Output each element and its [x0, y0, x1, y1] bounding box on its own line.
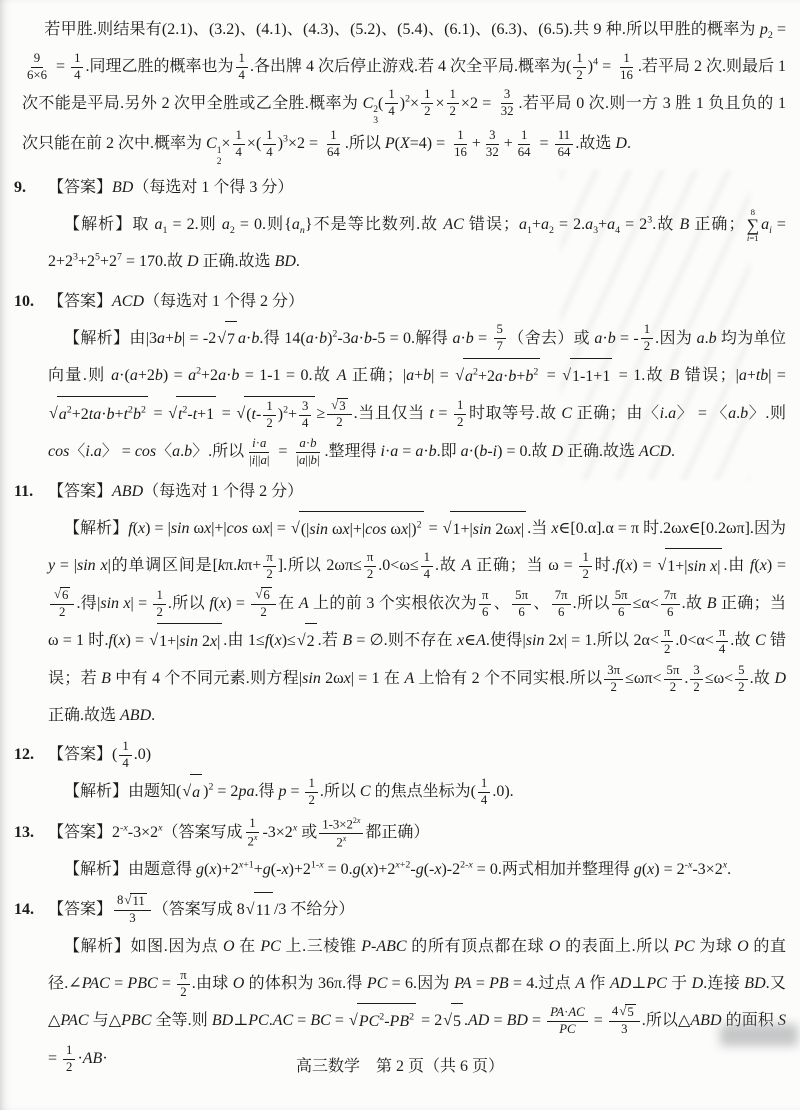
page-footer: 高三数学 第 2 页（共 6 页）: [0, 1053, 800, 1076]
item-number: 13.: [14, 815, 48, 889]
analysis-paragraph: 【解析】由|3a+b| = -2√7a·b.得 14(a·b)2-3a·b-5 …: [48, 321, 786, 471]
item-number: 14.: [14, 892, 48, 1078]
answer-item-12: 12. 【答案】(14.0) 【解析】由题知(√a)2 = 2pa.得 p = …: [14, 737, 786, 812]
item-number: 9.: [14, 170, 48, 280]
answer-item-13: 13. 【答案】2-x-3×2x（答案写成12x-3×2x 或1-3×22x2x…: [14, 815, 786, 889]
answer-item-10: 10. 【答案】ACD（每选对 1 个得 2 分） 【解析】由|3a+b| = …: [14, 284, 786, 471]
answer-item-9: 9. 【答案】BD（每选对 1 个得 3 分） 【解析】取 a1 = 2.则 a…: [14, 170, 786, 280]
item-body: 【答案】BD（每选对 1 个得 3 分） 【解析】取 a1 = 2.则 a2 =…: [48, 170, 786, 280]
item-body: 【答案】8√113（答案写成 8√11/3 不给分） 【解析】如图.因为点 O …: [48, 892, 786, 1078]
item-number: 12.: [14, 737, 48, 812]
item-body: 【答案】ACD（每选对 1 个得 2 分） 【解析】由|3a+b| = -2√7…: [48, 284, 786, 471]
analysis-paragraph: 【解析】f(x) = |sin ωx|+|cos ωx| = √(|sin ωx…: [48, 511, 786, 735]
answer-line: 【答案】(14.0): [48, 737, 786, 774]
answer-line: 【答案】2-x-3×2x（答案写成12x-3×2x 或1-3×22x2x都正确）: [48, 815, 786, 852]
answer-line: 【答案】ACD（每选对 1 个得 2 分）: [48, 284, 786, 321]
item-body: 【答案】2-x-3×2x（答案写成12x-3×2x 或1-3×22x2x都正确）…: [48, 815, 786, 889]
analysis-paragraph: 【解析】取 a1 = 2.则 a2 = 0.则{an}不是等比数列.故 AC 错…: [48, 207, 786, 281]
analysis-paragraph: 【解析】由题意得 g(x)+2x+1+g(-x)+21-x = 0.g(x)+2…: [48, 852, 786, 889]
answer-item-14: 14. 【答案】8√113（答案写成 8√11/3 不给分） 【解析】如图.因为…: [14, 892, 786, 1078]
item-body: 【答案】(14.0) 【解析】由题知(√a)2 = 2pa.得 p = 12.所…: [48, 737, 786, 812]
item-number: 10.: [14, 284, 48, 471]
item-body: 【答案】ABD（每选对 1 个得 2 分） 【解析】f(x) = |sin ωx…: [48, 474, 786, 735]
page: 若甲胜.则结果有(2.1)、(3.2)、(4.1)、(4.3)、(5.2)、(5…: [0, 0, 800, 1110]
answer-line: 【答案】8√113（答案写成 8√11/3 不给分）: [48, 892, 786, 930]
item-number: 11.: [14, 474, 48, 735]
scan-smudge: [720, 1024, 798, 1046]
analysis-paragraph: 【解析】由题知(√a)2 = 2pa.得 p = 12.所以 C 的焦点坐标为(…: [48, 774, 786, 812]
solution-continuation-paragraph: 若甲胜.则结果有(2.1)、(3.2)、(4.1)、(4.3)、(5.2)、(5…: [22, 12, 786, 167]
answer-line: 【答案】ABD（每选对 1 个得 2 分）: [48, 474, 786, 511]
answer-item-11: 11. 【答案】ABD（每选对 1 个得 2 分） 【解析】f(x) = |si…: [14, 474, 786, 735]
answer-line: 【答案】BD（每选对 1 个得 3 分）: [48, 170, 786, 207]
